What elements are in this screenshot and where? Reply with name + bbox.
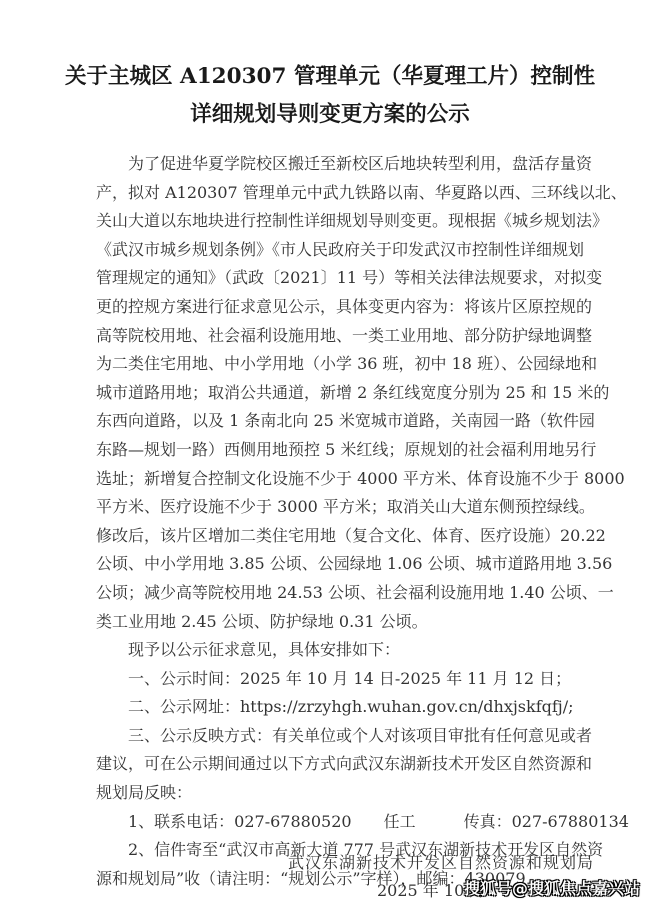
paragraph-line: 东路—规划一路）西侧用地预控 5 米红线；原规划的社会福利用地另行	[96, 436, 574, 465]
contact-phone-text: 1、联系电话：027-67880520 任工 传真：027-67880134	[96, 808, 574, 837]
paragraph-line: 《武汉市城乡规划条例》《市人民政府关于印发武汉市控制性详细规划	[96, 236, 574, 265]
item-publicity-url: 二、公示网址：https://zrzyhgh.wuhan.gov.cn/dhxj…	[96, 693, 574, 722]
item-publicity-time: 一、公示时间：2025 年 10 月 14 日-2025 年 11 月 12 日…	[96, 665, 574, 694]
contact-phone: 1、联系电话：027-67880520 任工 传真：027-67880134	[96, 808, 574, 837]
paragraph-line: 东西向道路，以及 1 条南北向 25 米宽城市道路，关南园一路（软件园	[96, 407, 574, 436]
paragraph-main: 为了促进华夏学院校区搬迁至新校区后地块转型利用，盘活存量资 产，拟对 A1203…	[96, 150, 574, 636]
intro-text: 现予以公示征求意见，具体安排如下：	[96, 636, 574, 665]
paragraph-line: 类工业用地 2.45 公顷、防护绿地 0.31 公顷。	[96, 608, 574, 637]
paragraph-line: 城市道路用地；取消公共通道，新增 2 条红线宽度分别为 25 和 15 米的	[96, 379, 574, 408]
paragraph-line: 选址；新增复合控制文化设施不少于 4000 平方米、体育设施不少于 8000	[96, 465, 574, 494]
title-line-2: 详细规划导则变更方案的公示	[0, 96, 660, 134]
paragraph-line: 为二类住宅用地、中小学用地（小学 36 班，初中 18 班）、公园绿地和	[96, 350, 574, 379]
feedback-line: 建议，可在公示期间通过以下方式向武汉东湖新技术开发区自然资源和	[96, 750, 574, 779]
paragraph-line: 管理规定的通知》（武政〔2021〕11 号）等相关法律法规要求，对拟变	[96, 264, 574, 293]
item-feedback-method: 三、公示反映方式：有关单位或个人对该项目审批有任何意见或者 建议，可在公示期间通…	[96, 722, 574, 808]
paragraph-line: 公顷、中小学用地 3.85 公顷、公园绿地 1.06 公顷、城市道路用地 3.5…	[96, 550, 574, 579]
paragraph-line: 平方米、医疗设施不少于 3000 平方米；取消关山大道东侧预控绿线。	[96, 493, 574, 522]
feedback-line: 规划局反映：	[96, 779, 574, 808]
paragraph-line: 关山大道以东地块进行控制性详细规划导则变更。现根据《城乡规划法》	[96, 207, 574, 236]
publicity-time-text: 一、公示时间：2025 年 10 月 14 日-2025 年 11 月 12 日…	[96, 665, 574, 694]
paragraph-line: 更的控规方案进行征求意见公示，具体变更内容为：将该片区原控规的	[96, 293, 574, 322]
paragraph-line: 公顷；减少高等院校用地 24.53 公顷、社会福利设施用地 1.40 公顷、一	[96, 579, 574, 608]
document-title: 关于主城区 A120307 管理单元（华夏理工片）控制性 详细规划导则变更方案的…	[0, 58, 660, 134]
paragraph-line: 产，拟对 A120307 管理单元中武九铁路以南、华夏路以西、三环线以北、	[96, 179, 574, 208]
issuer-signature: 武汉东湖新技术开发区自然资源和规划局	[288, 850, 594, 873]
watermark: 搜狐号@搜狐焦点嘉兴站	[464, 876, 640, 899]
feedback-line: 三、公示反映方式：有关单位或个人对该项目审批有任何意见或者	[96, 722, 574, 751]
title-line-1: 关于主城区 A120307 管理单元（华夏理工片）控制性	[0, 58, 660, 96]
paragraph-line: 为了促进华夏学院校区搬迁至新校区后地块转型利用，盘活存量资	[96, 150, 574, 179]
publicity-url-text: 二、公示网址：https://zrzyhgh.wuhan.gov.cn/dhxj…	[96, 693, 574, 722]
paragraph-line: 高等院校用地、社会福利设施用地、一类工业用地、部分防护绿地调整	[96, 322, 574, 351]
intro-paragraph: 现予以公示征求意见，具体安排如下：	[96, 636, 574, 665]
paragraph-line: 修改后，该片区增加二类住宅用地（复合文化、体育、医疗设施）20.22	[96, 522, 574, 551]
document-body: 为了促进华夏学院校区搬迁至新校区后地块转型利用，盘活存量资 产，拟对 A1203…	[96, 150, 574, 893]
